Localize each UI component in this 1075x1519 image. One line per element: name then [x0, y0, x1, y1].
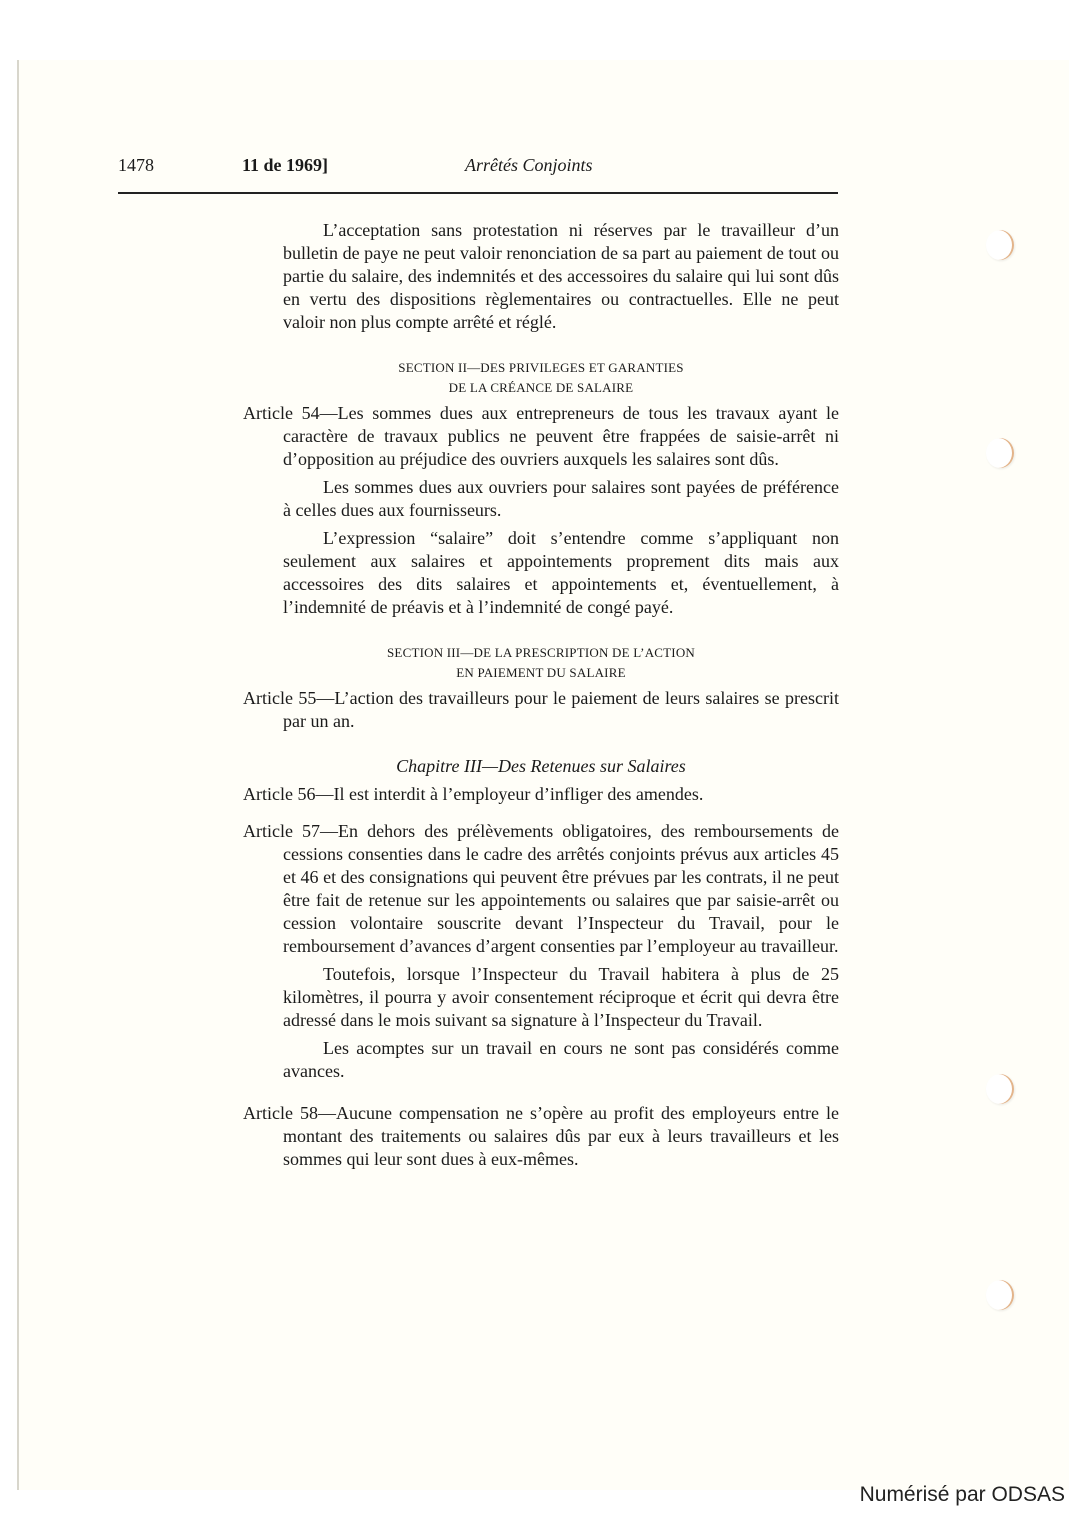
- article-57: Article 57—En dehors des prélèvements ob…: [243, 820, 839, 958]
- running-header: 1478 11 de 1969] Arrêtés Conjoints: [118, 155, 838, 181]
- article-54: Article 54—Les sommes dues aux entrepren…: [243, 402, 839, 471]
- article-57-para-2: Toutefois, lorsque l’Inspecteur du Trava…: [283, 963, 839, 1032]
- article-54-para-3: L’expression “salaire” doit s’entendre c…: [283, 527, 839, 619]
- punch-hole: [986, 1074, 1014, 1104]
- article-58: Article 58—Aucune compensation ne s’opèr…: [243, 1102, 839, 1171]
- article-56: Article 56—Il est interdit à l’employeur…: [243, 783, 839, 806]
- document-body: L’acceptation sans protestation ni réser…: [243, 219, 839, 1171]
- section-2-heading: SECTION II—DES PRIVILEGES ET GARANTIES D…: [243, 358, 839, 398]
- digitization-watermark: Numérisé par ODSAS: [860, 1483, 1065, 1507]
- punch-hole: [986, 438, 1014, 468]
- header-date: 11 de 1969]: [242, 155, 328, 176]
- intro-paragraph: L’acceptation sans protestation ni réser…: [283, 219, 839, 334]
- punch-hole: [986, 1280, 1014, 1310]
- page-number: 1478: [118, 155, 154, 176]
- section-3-heading: SECTION III—DE LA PRESCRIPTION DE L’ACTI…: [243, 643, 839, 683]
- running-title: Arrêtés Conjoints: [465, 155, 593, 176]
- punch-hole: [986, 230, 1014, 260]
- article-55: Article 55—L’action des travailleurs pou…: [243, 687, 839, 733]
- chapter-3-heading: Chapitre III—Des Retenues sur Salaires: [243, 755, 839, 778]
- header-rule: [118, 192, 838, 194]
- article-57-para-3: Les acomptes sur un travail en cours ne …: [283, 1037, 839, 1083]
- article-54-para-2: Les sommes dues aux ouvriers pour salair…: [283, 476, 839, 522]
